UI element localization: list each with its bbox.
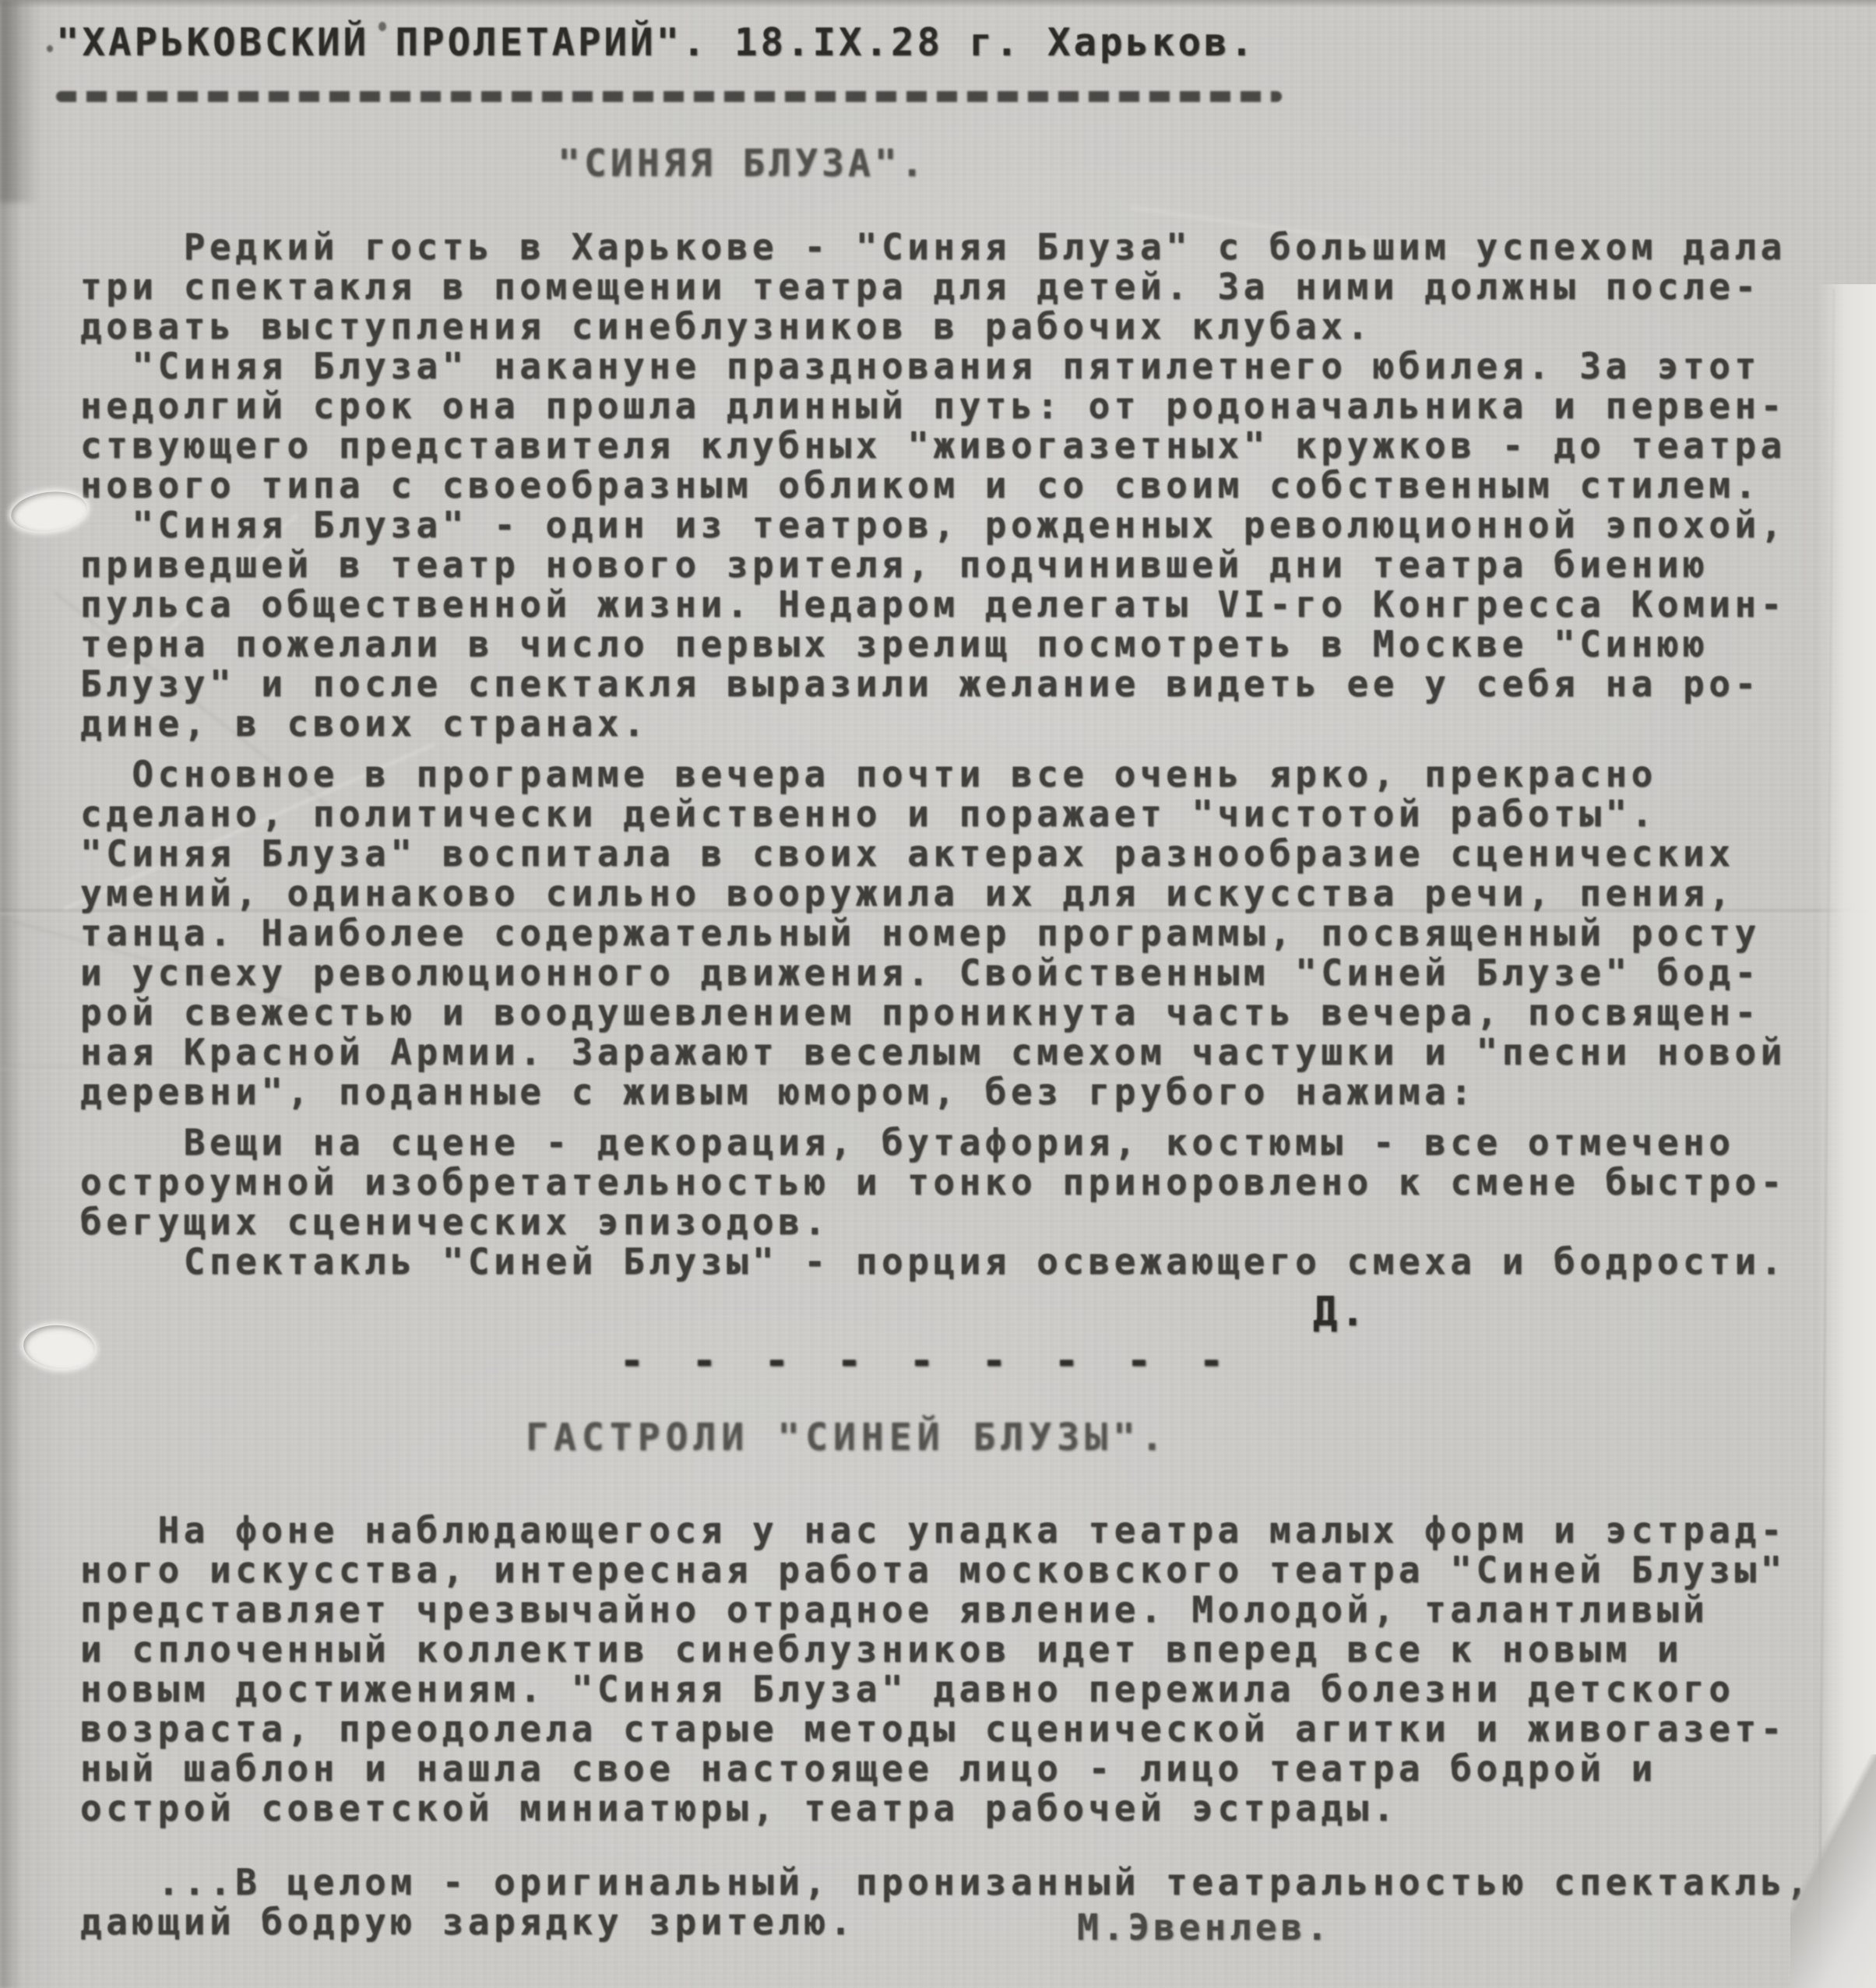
text-line: танца. Наиболее содержательный номер про…: [80, 913, 1786, 953]
text-line: три спектакля в помещении театра для дет…: [80, 267, 1786, 307]
text-line: сделано, политически действенно и поража…: [80, 794, 1786, 834]
article1-body: Редкий гость в Харькове - "Синяя Блуза" …: [80, 227, 1786, 1282]
text-line: ная Красной Армии. Заражают веселым смех…: [80, 1033, 1786, 1072]
scan-edge-right: [1818, 284, 1876, 1988]
text-line: деревни", поданные с живым юмором, без г…: [80, 1072, 1786, 1112]
ink-speck: [47, 45, 53, 52]
scan-edge-left: [0, 0, 20, 1988]
text-line: терна пожелали в число первых зрелищ пос…: [80, 625, 1786, 664]
text-line: "Синяя Блуза" - один из театров, рожденн…: [80, 505, 1786, 545]
text-line: Блузу" и после спектакля выразили желани…: [80, 664, 1786, 704]
text-line: умений, одинаково сильно вооружила их дл…: [80, 874, 1786, 913]
text-line: ного искусства, интересная работа москов…: [80, 1550, 1812, 1590]
text-line: недолгий срок она прошла длинный путь: о…: [80, 386, 1786, 426]
article2-signature: М.Эвенлев.: [1077, 1906, 1332, 1948]
text-line: На фоне наблюдающегося у нас упадка теат…: [80, 1511, 1812, 1550]
paragraph-gap: [80, 1828, 1812, 1863]
text-line: Вещи на сцене - декорация, бутафория, ко…: [80, 1123, 1786, 1163]
text-line: пульса общественной жизни. Недаром делег…: [80, 585, 1786, 625]
article1-title: "СИНЯЯ БЛУЗА".: [558, 142, 927, 185]
page-fold-bottom-right: [1790, 1754, 1876, 1988]
text-line: Редкий гость в Харькове - "Синяя Блуза" …: [80, 227, 1786, 267]
publication-header: "ХАРЬКОВСКИЙ ПРОЛЕТАРИЙ". 18.IX.28 г. Ха…: [56, 20, 1256, 65]
text-line: и сплоченный коллектив синеблузников иде…: [80, 1630, 1812, 1670]
text-line: "Синяя Блуза" воспитала в своих актерах …: [80, 834, 1786, 874]
ink-speck: [378, 22, 386, 31]
text-line: довать выступления синеблузников в рабоч…: [80, 307, 1786, 347]
text-line: Спектакль "Синей Блузы" - порция освежаю…: [80, 1242, 1786, 1282]
text-line: представляет чрезвычайно отрадное явлени…: [80, 1590, 1812, 1630]
article1-signature: Д.: [1313, 1289, 1368, 1335]
text-line: ный шаблон и нашла свое настоящее лицо -…: [80, 1749, 1812, 1789]
header-underline-rule: [56, 91, 1282, 102]
text-line: ...В целом - оригинальный, пронизанный т…: [80, 1863, 1812, 1902]
text-line: дающий бодрую зарядку зрителю.: [80, 1902, 1812, 1942]
text-line: рой свежестью и воодушевлением проникнут…: [80, 993, 1786, 1033]
section-separator: - - - - - - - - -: [619, 1336, 1235, 1385]
text-line: нового типа с своеобразным обликом и со …: [80, 466, 1786, 505]
text-line: ствующего представителя клубных "живогаз…: [80, 426, 1786, 466]
text-line: Основное в программе вечера почти все оч…: [80, 755, 1786, 794]
article2-body: На фоне наблюдающегося у нас упадка теат…: [80, 1511, 1812, 1942]
text-line: и успеху революционного движения. Свойст…: [80, 953, 1786, 993]
text-line: возраста, преодолела старые методы сцени…: [80, 1709, 1812, 1749]
text-line: острой советской миниатюры, театра рабоч…: [80, 1789, 1812, 1828]
text-line: остроумной изобретательностью и тонко пр…: [80, 1163, 1786, 1202]
text-line: приведшей в театр нового зрителя, подчин…: [80, 545, 1786, 585]
text-line: новым достижениям. "Синяя Блуза" давно п…: [80, 1670, 1812, 1709]
scanned-document-page: "ХАРЬКОВСКИЙ ПРОЛЕТАРИЙ". 18.IX.28 г. Ха…: [0, 0, 1876, 1988]
text-line: "Синяя Блуза" накануне празднования пяти…: [80, 347, 1786, 386]
article2-title: ГАСТРОЛИ "СИНЕЙ БЛУЗЫ".: [526, 1416, 1169, 1459]
scan-edge-top: [0, 0, 1876, 8]
text-line: дине, в своих странах.: [80, 704, 1786, 744]
text-line: бегущих сценических эпизодов.: [80, 1202, 1786, 1242]
